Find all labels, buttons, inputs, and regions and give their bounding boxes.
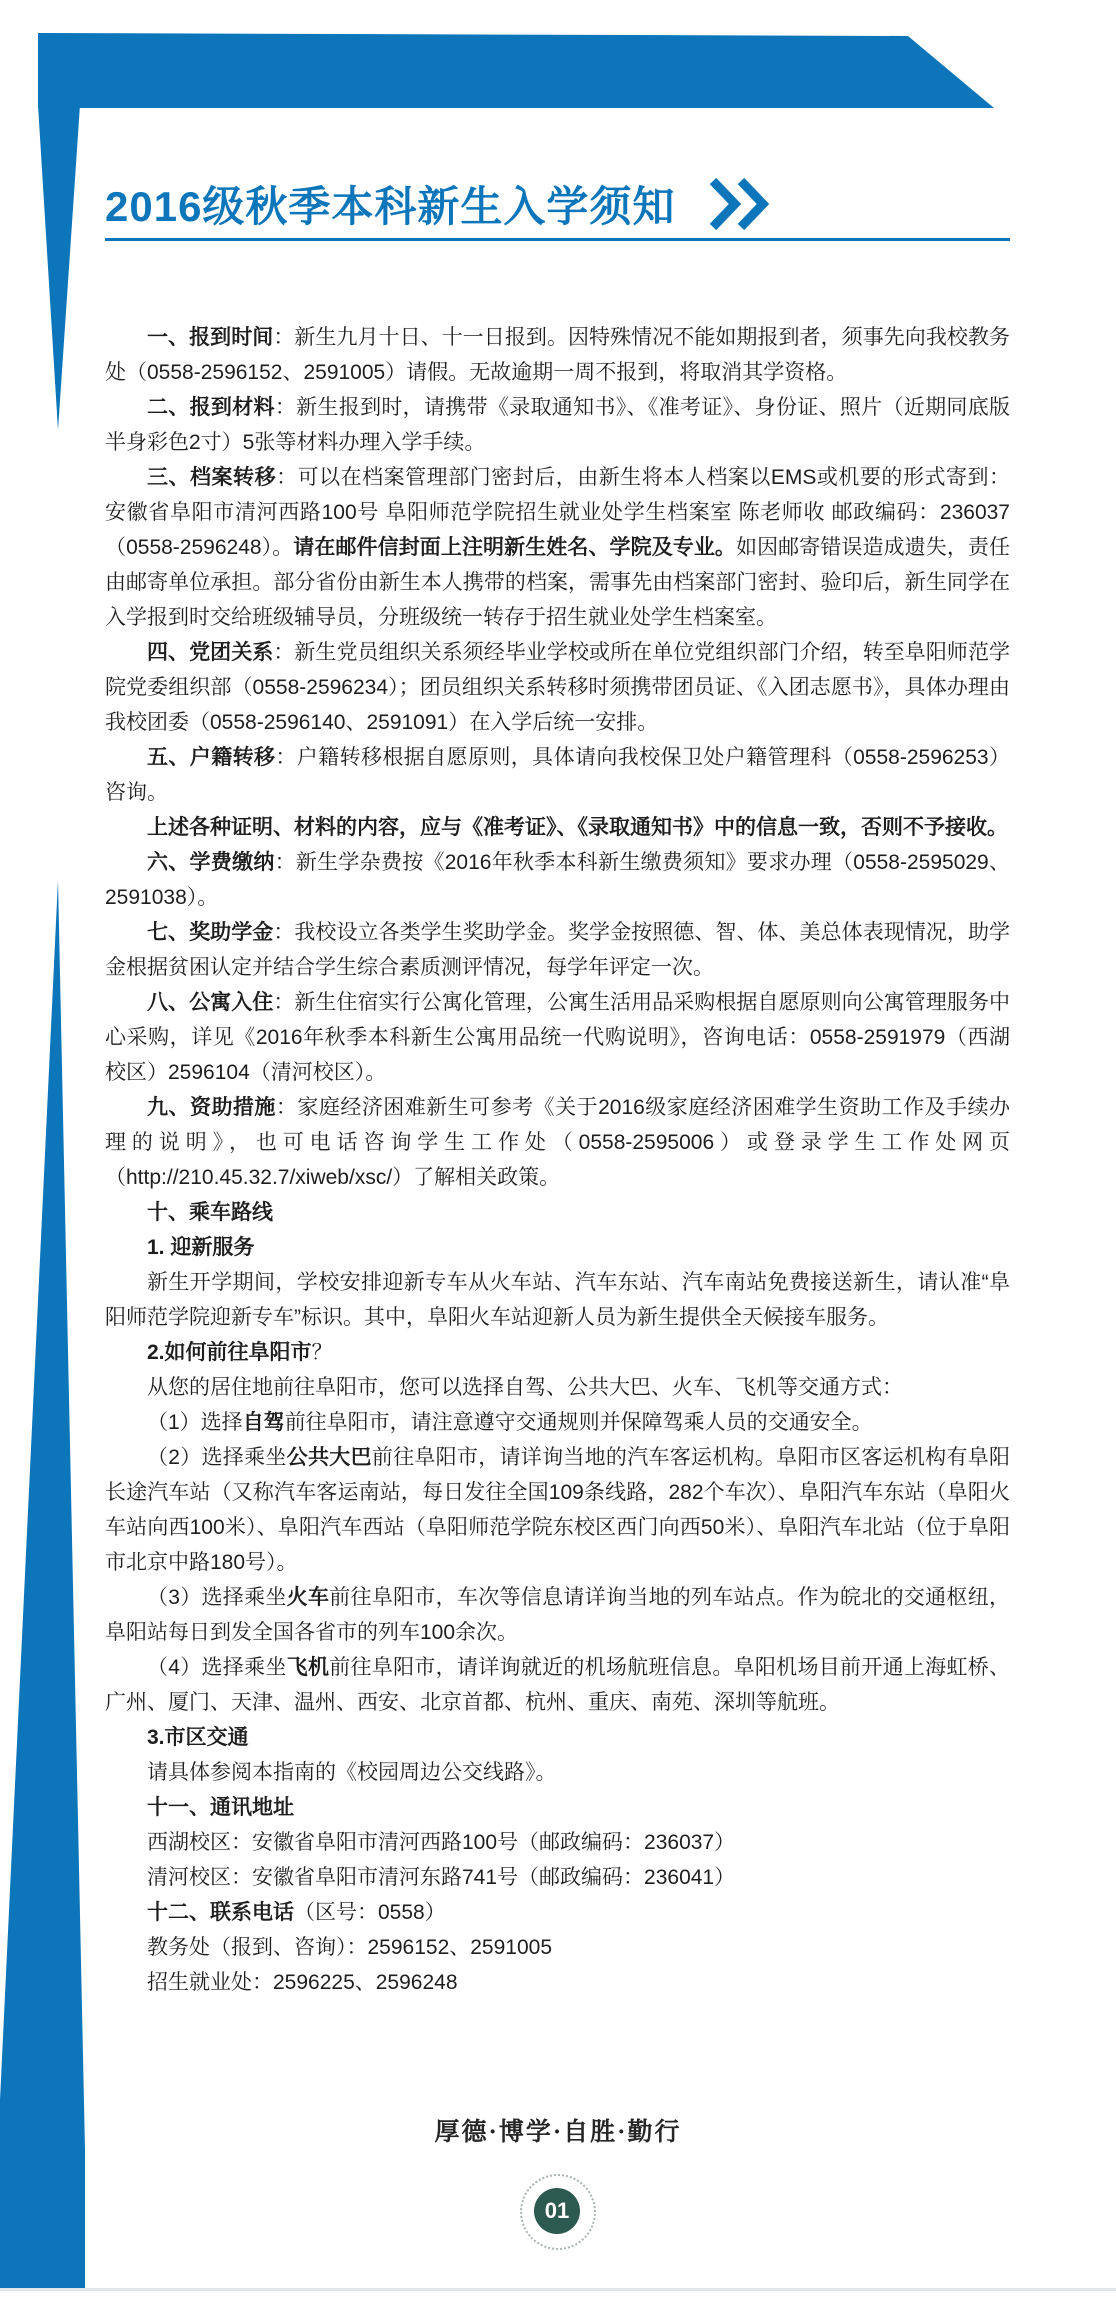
body-paragraphs: 一、报到时间：新生九月十日、十一日报到。因特殊情况不能如期报到者，须事先向我校教… [105, 320, 1010, 2000]
text-run-bold: 3.市区交通 [147, 1726, 249, 1749]
top-ribbon-band [38, 33, 994, 108]
text-run-bold: 飞机 [287, 1656, 330, 1679]
paragraph: （2）选择乘坐公共大巴前往阜阳市，请详询当地的汽车客运机构。阜阳市区客运机构有阜… [105, 1440, 1010, 1580]
left-ribbon-top-wedge [38, 105, 80, 430]
text-run: （4）选择乘坐 [147, 1656, 287, 1679]
paragraph: 九、资助措施：家庭经济困难新生可参考《关于2016级家庭经济困难学生资助工作及手… [105, 1090, 1010, 1195]
text-run: 新生开学期间，学校安排迎新专车从火车站、汽车东站、汽车南站免费接送新生，请认准“… [105, 1271, 1010, 1329]
paragraph: 招生就业处：2596225、2596248 [105, 1965, 1010, 2000]
paragraph: 七、奖助学金：我校设立各类学生奖助学金。奖学金按照德、智、体、美总体表现情况，助… [105, 915, 1010, 985]
paragraph: 十一、通讯地址 [105, 1790, 1010, 1825]
left-ribbon-bottom-wedge [0, 880, 85, 2290]
page-title: 2016级秋季本科新生入学须知 [105, 181, 675, 233]
paragraph: （3）选择乘坐火车前往阜阳市，车次等信息请详询当地的列车站点。作为皖北的交通枢纽… [105, 1580, 1010, 1650]
school-motto: 厚德·博学·自胜·勤行 [0, 2112, 1116, 2148]
text-run: 清河校区：安徽省阜阳市清河东路741号（邮政编码：236041） [147, 1866, 735, 1889]
title-row: 2016级秋季本科新生入学须知 [105, 178, 1010, 235]
text-run-bold: 请在邮件信封面上注明新生姓名、学院及专业。 [293, 536, 736, 559]
text-run-bold: 九、资助措施 [147, 1096, 276, 1119]
text-run: 从您的居住地前往阜阳市，您可以选择自驾、公共大巴、火车、飞机等交通方式： [147, 1376, 903, 1399]
page-number-badge: 01 [534, 2188, 580, 2234]
paragraph: （1）选择自驾前往阜阳市，请注意遵守交通规则并保障驾乘人员的交通安全。 [105, 1405, 1010, 1440]
paragraph: 六、学费缴纳：新生学杂费按《2016年秋季本科新生缴费须知》要求办理（0558-… [105, 845, 1010, 915]
text-run: （3）选择乘坐 [147, 1586, 287, 1609]
text-run-bold: 十、乘车路线 [147, 1201, 273, 1224]
paragraph: 二、报到材料：新生报到时，请携带《录取通知书》、《准考证》、身份证、照片（近期同… [105, 390, 1010, 460]
text-run-bold: 四、党团关系 [147, 641, 273, 664]
paragraph: 一、报到时间：新生九月十日、十一日报到。因特殊情况不能如期报到者，须事先向我校教… [105, 320, 1010, 390]
bottom-divider [0, 2288, 1116, 2291]
paragraph: 上述各种证明、材料的内容，应与《准考证》、《录取通知书》中的信息一致，否则不予接… [105, 810, 1010, 845]
text-run: ？ [312, 1341, 333, 1364]
text-run-bold: 八、公寓入住 [147, 991, 273, 1014]
text-run-bold: 2.如何前往阜阳市 [147, 1341, 312, 1364]
text-run: （2）选择乘坐 [147, 1446, 287, 1469]
text-run-bold: 自驾 [243, 1411, 285, 1434]
text-run: 招生就业处：2596225、2596248 [147, 1971, 458, 1994]
text-run: 前往阜阳市，请注意遵守交通规则并保障驾乘人员的交通安全。 [285, 1411, 873, 1434]
text-run-bold: 上述各种证明、材料的内容，应与《准考证》、《录取通知书》中的信息一致，否则不予接… [147, 816, 1008, 839]
text-run-bold: 一、报到时间 [147, 326, 273, 349]
paragraph: 三、档案转移：可以在档案管理部门密封后，由新生将本人档案以EMS或机要的形式寄到… [105, 460, 1010, 635]
paragraph: 十二、联系电话（区号：0558） [105, 1895, 1010, 1930]
paragraph: 从您的居住地前往阜阳市，您可以选择自驾、公共大巴、火车、飞机等交通方式： [105, 1370, 1010, 1405]
text-run-bold: 三、档案转移 [147, 466, 276, 489]
double-chevron-icon [709, 178, 775, 235]
text-run: 请具体参阅本指南的《校园周边公交线路》。 [147, 1761, 557, 1784]
paragraph: 八、公寓入住：新生住宿实行公寓化管理，公寓生活用品采购根据自愿原则向公寓管理服务… [105, 985, 1010, 1090]
text-run: （1）选择 [147, 1411, 243, 1434]
paragraph: 新生开学期间，学校安排迎新专车从火车站、汽车东站、汽车南站免费接送新生，请认准“… [105, 1265, 1010, 1335]
paragraph: （4）选择乘坐飞机前往阜阳市，请详询就近的机场航班信息。阜阳机场目前开通上海虹桥… [105, 1650, 1010, 1720]
text-run-bold: 五、户籍转移 [147, 746, 275, 769]
text-run-bold: 十二、联系电话 [147, 1901, 294, 1924]
text-run: 教务处（报到、咨询）：2596152、2591005 [147, 1936, 552, 1959]
paragraph: 教务处（报到、咨询）：2596152、2591005 [105, 1930, 1010, 1965]
paragraph: 四、党团关系：新生党员组织关系须经毕业学校或所在单位党组织部门介绍，转至阜阳师范… [105, 635, 1010, 740]
text-run-bold: 二、报到材料 [147, 396, 275, 419]
text-run-bold: 十一、通讯地址 [147, 1796, 294, 1819]
paragraph: 3.市区交通 [105, 1720, 1010, 1755]
text-run-bold: 1. 迎新服务 [147, 1236, 254, 1259]
text-run-bold: 火车 [287, 1586, 330, 1609]
text-run: （区号：0558） [294, 1901, 446, 1924]
paragraph: 清河校区：安徽省阜阳市清河东路741号（邮政编码：236041） [105, 1860, 1010, 1895]
title-underline [105, 238, 1010, 241]
enrollment-notice-page: 2016级秋季本科新生入学须知 一、报到时间：新生九月十日、十一日报到。因特殊情… [0, 0, 1116, 2297]
paragraph: 五、户籍转移：户籍转移根据自愿原则，具体请向我校保卫处户籍管理科（0558-25… [105, 740, 1010, 810]
text-run-bold: 七、奖助学金 [147, 921, 273, 944]
paragraph: 2.如何前往阜阳市？ [105, 1335, 1010, 1370]
paragraph: 西湖校区：安徽省阜阳市清河西路100号（邮政编码：236037） [105, 1825, 1010, 1860]
paragraph: 请具体参阅本指南的《校园周边公交线路》。 [105, 1755, 1010, 1790]
text-run: 西湖校区：安徽省阜阳市清河西路100号（邮政编码：236037） [147, 1831, 735, 1854]
text-run-bold: 六、学费缴纳 [147, 851, 275, 874]
paragraph: 十、乘车路线 [105, 1195, 1010, 1230]
text-run-bold: 公共大巴 [287, 1446, 372, 1469]
paragraph: 1. 迎新服务 [105, 1230, 1010, 1265]
